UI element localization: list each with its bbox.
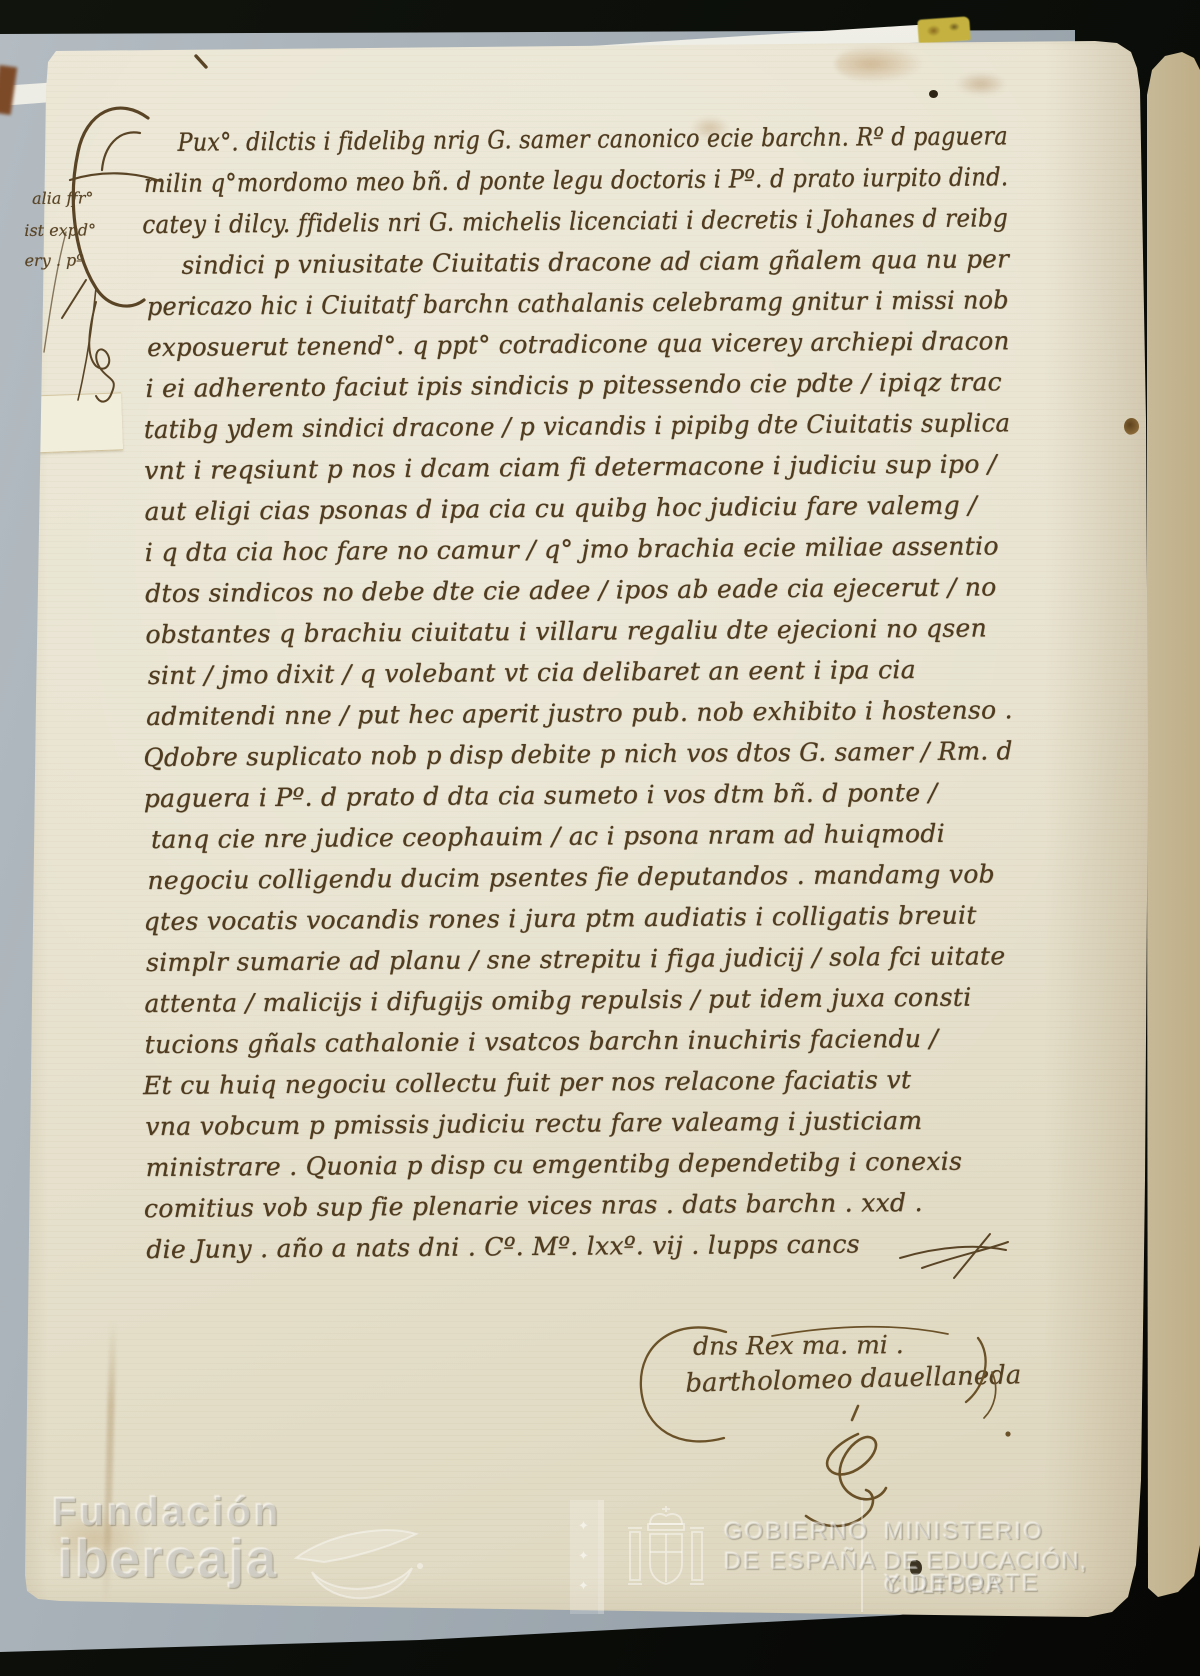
handwriting-layer: Pux°. dilctis i fidelibg nrig G. samer c…	[0, 0, 1200, 1676]
manuscript-line: attenta / malicijs i difugijs omibg repu…	[144, 983, 971, 1018]
ministry-watermark-line3: Y DEPORTE	[884, 1572, 1040, 1596]
ibercaja-watermark-line2: ibercaja	[58, 1532, 278, 1586]
scribe-signature: bartholomeo dauellaneda	[685, 1360, 1022, 1398]
main-text-block: Pux°. dilctis i fidelibg nrig G. samer c…	[0, 0, 1194, 1]
manuscript-line: vnt i reqsiunt p nos i dcam ciam fi dete…	[144, 449, 997, 485]
manuscript-line: negociu colligendu ducim psentes fie dep…	[147, 859, 995, 895]
manuscript-line: Et cu huiq negociu collectu fuit per nos…	[143, 1065, 911, 1100]
manuscript-line: simplr sumarie ad planu / sne strepitu i…	[146, 941, 1006, 977]
ibercaja-watermark-line1: Fundación	[52, 1492, 281, 1532]
manuscript-photo: Pux°. dilctis i fidelibg nrig G. samer c…	[0, 0, 1200, 1676]
manuscript-line: Pux°. dilctis i fidelibg nrig G. samer c…	[178, 121, 1008, 157]
manuscript-line: aut eligi cias psonas d ipa cia cu quibg…	[144, 491, 977, 527]
manuscript-line: sindici p vniusitate Ciuitatis dracone a…	[181, 244, 1009, 279]
manuscript-line: pericazo hic i Ciuitatf barchn cathalani…	[147, 285, 1009, 321]
manuscript-line: comitius vob sup fie plenarie vices nras…	[144, 1188, 923, 1223]
margin-note: ist expd°	[24, 220, 96, 240]
manuscript-line: exposuerut tenend°. q ppt° cotradicone q…	[147, 326, 1010, 362]
manuscript-line: obstantes q brachiu ciuitatu i villaru r…	[145, 613, 987, 649]
star-icon: ✦	[578, 1518, 589, 1534]
manuscript-line: die Juny . año a nats dni . Cº. Mº. lxxº…	[146, 1229, 860, 1264]
manuscript-line: i q dta cia hoc fare no camur / q° jmo b…	[145, 531, 999, 567]
manuscript-line: dtos sindicos no debe dte cie adee / ipo…	[145, 572, 997, 608]
chancery-subscription: dns Rex ma. mi .	[693, 1330, 904, 1361]
ministry-watermark-line1: MINISTERIO	[884, 1520, 1044, 1544]
manuscript-line: milin q°mordomo meo bñ. d ponte legu doc…	[144, 162, 1009, 198]
manuscript-line: sint / jmo dixit / q volebant vt cia del…	[148, 655, 916, 690]
manuscript-line: admitendi nne / put hec aperit justro pu…	[146, 695, 1013, 731]
manuscript-line: tucions gñals cathalonie i vsatcos barch…	[145, 1024, 939, 1059]
star-icon: ✦	[578, 1578, 589, 1594]
manuscript-line: ministrare . Quonia p disp cu emgentibg …	[146, 1147, 963, 1182]
manuscript-line: i ei adherento faciut ipis sindicis p pi…	[145, 367, 1002, 403]
manuscript-line: catey i dilcy. ffidelis nri G. michelis …	[142, 203, 1008, 239]
ibercaja-logo-icon	[288, 1516, 438, 1606]
manuscript-line: tatibg ydem sindici dracone / p vicandis…	[144, 408, 1011, 444]
manuscript-line: paguera i Pº. d prato d dta cia sumeto i…	[144, 778, 938, 813]
gobierno-watermark-line1: GOBIERNO	[724, 1520, 869, 1544]
manuscript-line: Qdobre suplicato nob p disp debite p nic…	[143, 736, 1012, 772]
star-icon: ✦	[578, 1548, 589, 1564]
manuscript-line: vna vobcum p pmissis judiciu rectu fare …	[145, 1106, 922, 1141]
manuscript-line: tanq cie nre judice ceophauim / ac i pso…	[151, 819, 945, 854]
gobierno-watermark-line2: DE ESPAÑA	[724, 1550, 878, 1574]
manuscript-line: qtes vocatis vocandis rones i jura ptm a…	[144, 901, 977, 937]
spain-coat-of-arms-icon	[618, 1502, 714, 1606]
margin-note: ery . pº	[24, 251, 83, 270]
margin-notes: alia ffr°ist expd°ery . pº	[0, 0, 1194, 1]
margin-note: alia ffr°	[32, 188, 94, 207]
flag-band-watermark: ✦ ✦ ✦	[570, 1500, 604, 1614]
